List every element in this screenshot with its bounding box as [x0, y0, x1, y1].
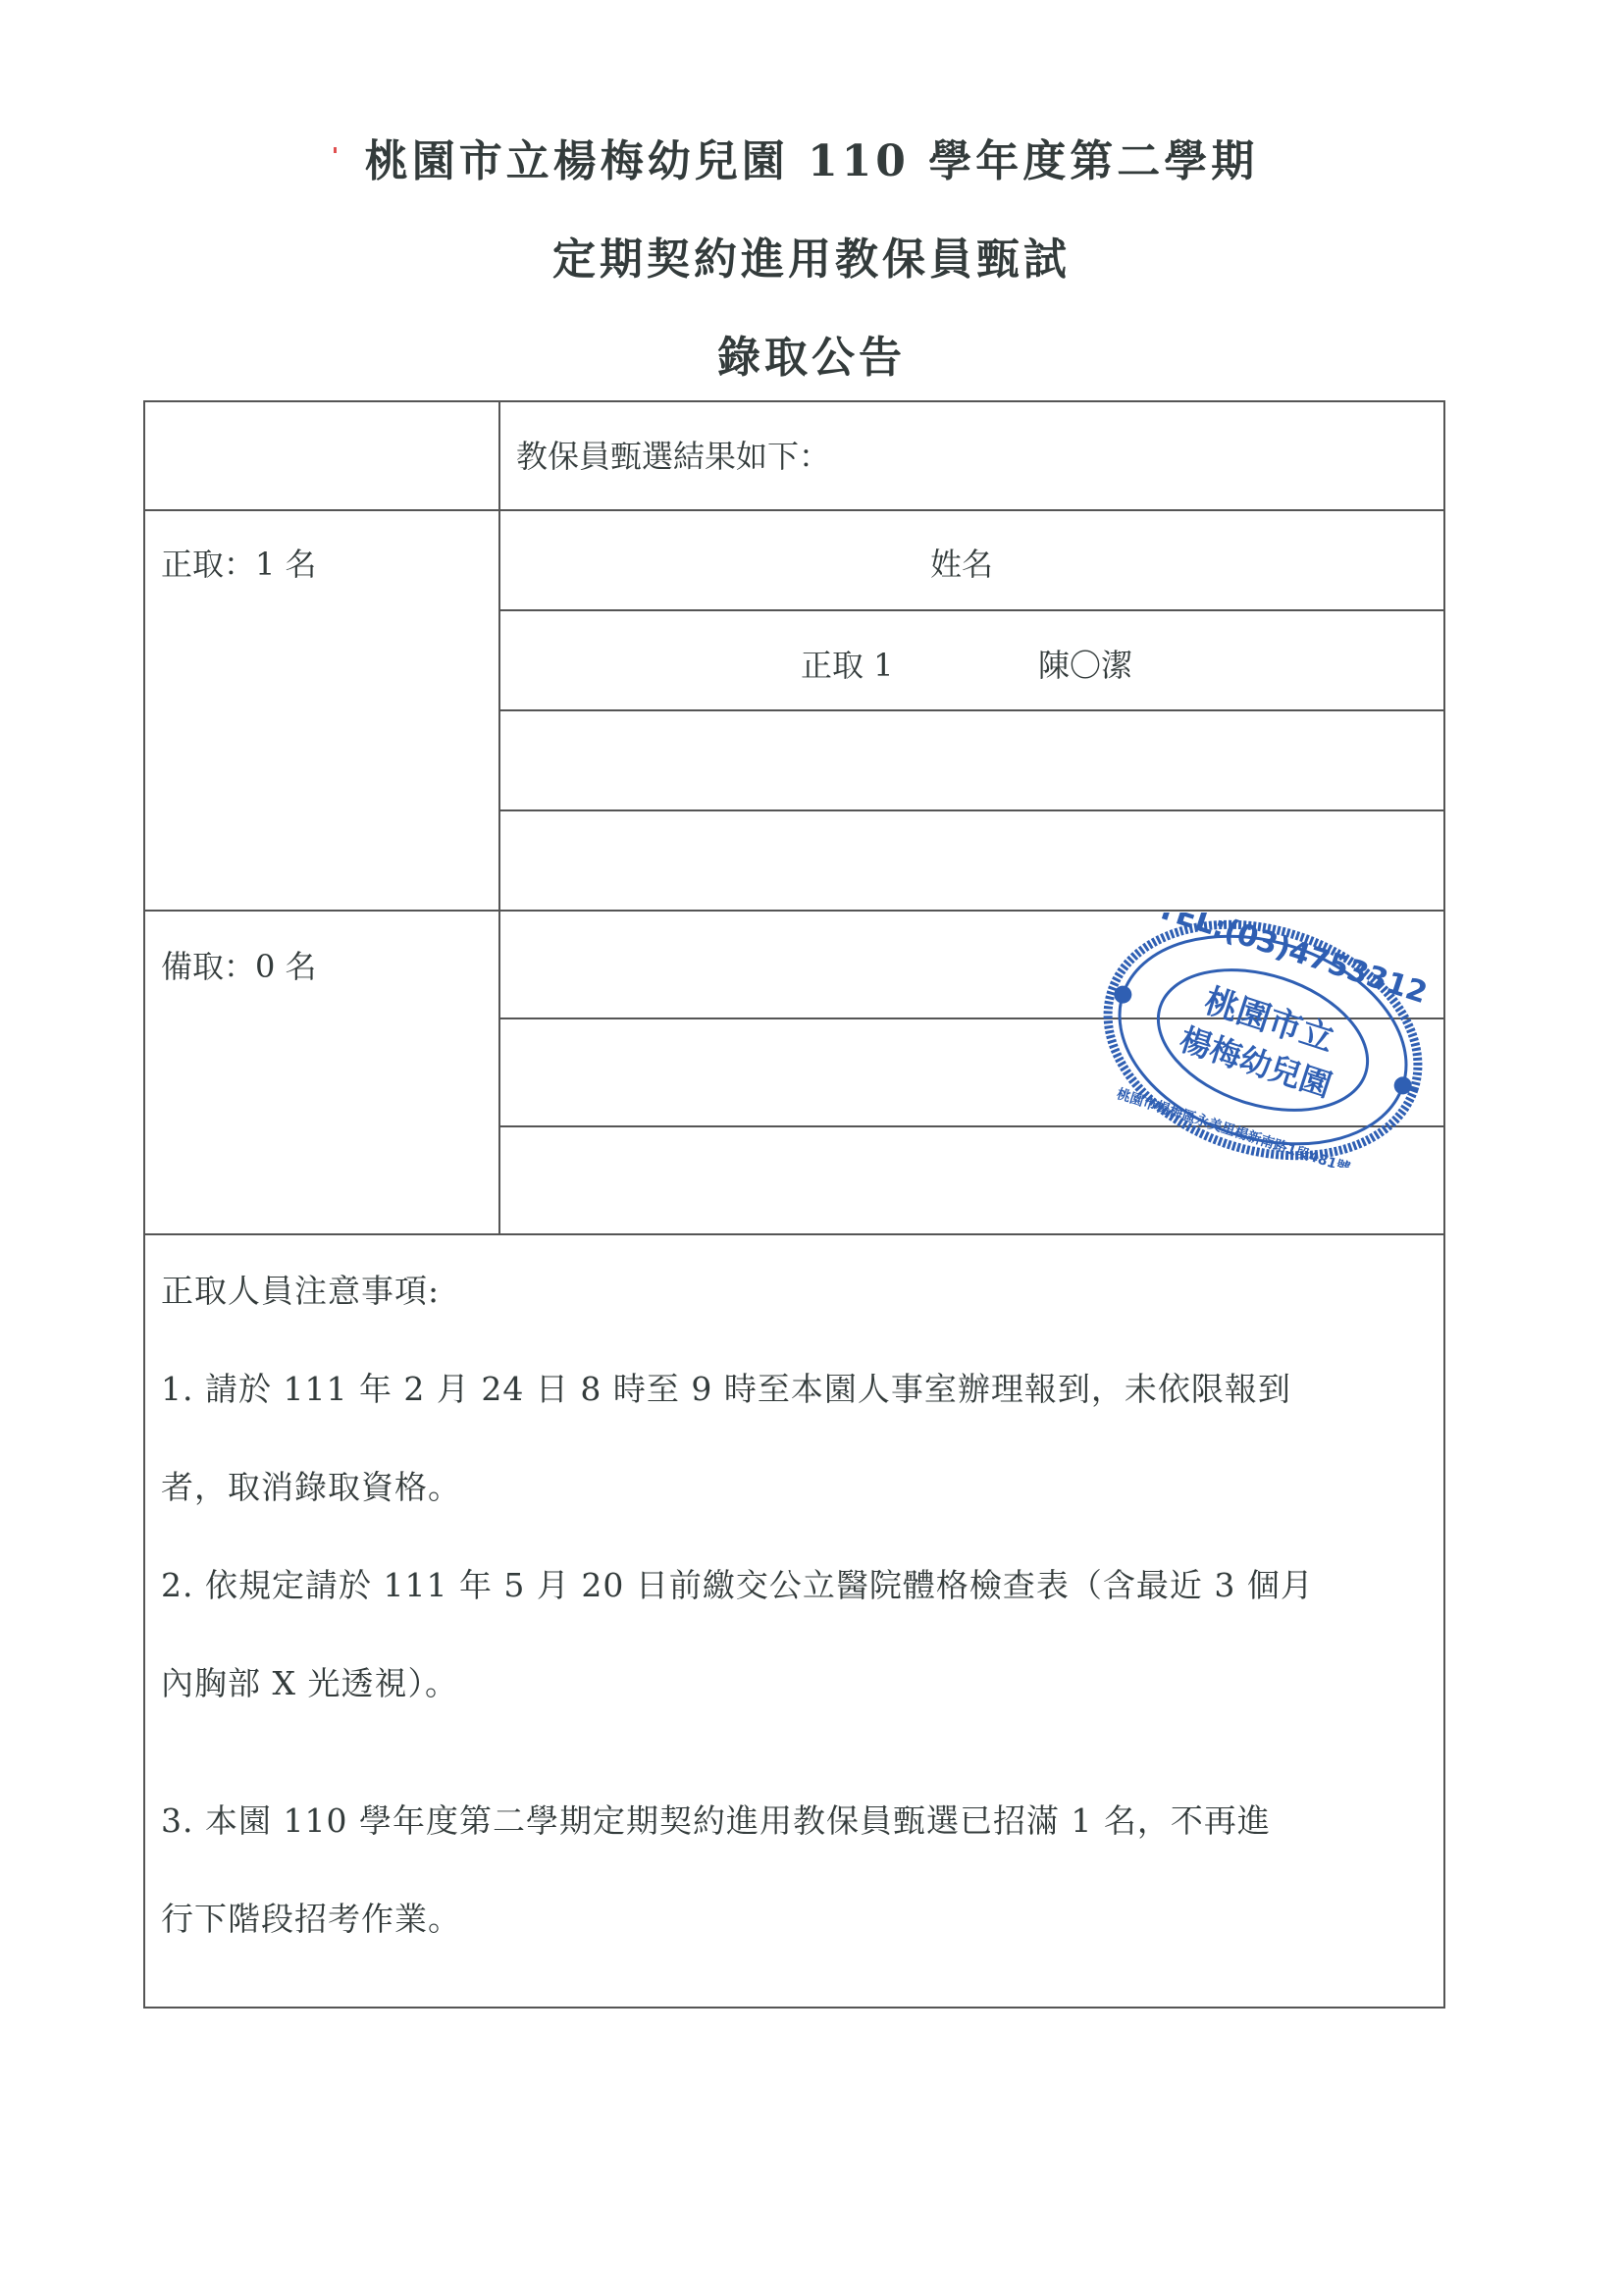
note-1-line-1: 1. 請於 111 年 2 月 24 日 8 時至 9 時至本園人事室辦理報到，… — [161, 1364, 1291, 1410]
row-divider — [145, 910, 1443, 912]
title-line-2: 定期契約進用教保員甄試 — [0, 224, 1623, 287]
admitted-count-label: 正取：1 名 — [161, 540, 317, 585]
note-2-line-1: 2. 依規定請於 111 年 5 月 20 日前繳交公立醫院體格檢查表（含最近 … — [161, 1560, 1314, 1606]
row-divider — [498, 709, 1443, 711]
name-column-header: 姓名 — [930, 540, 993, 585]
note-3-line-2: 行下階段招考作業。 — [161, 1894, 461, 1940]
row-divider — [145, 509, 1443, 511]
seal-tel: TEL:(03)4753312 — [1152, 913, 1431, 1011]
note-2-line-2: 內胸部 X 光透視）。 — [161, 1658, 458, 1704]
official-seal-stamp: 桃園市立 楊梅幼兒園 TEL:(03)4753312 桃園市楊梅區永美里楊新南路… — [1094, 913, 1433, 1168]
results-table: 教保員甄選結果如下： 正取：1 名 姓名 正取 1 陳〇潔 備取：0 名 正取人… — [143, 400, 1445, 2009]
admitted-rank-1: 正取 1 — [801, 641, 894, 686]
column-divider — [498, 402, 500, 1235]
plum-blossom-icon — [1112, 983, 1134, 1006]
row-divider — [145, 1233, 1443, 1235]
note-3-line-1: 3. 本園 110 學年度第二學期定期契約進用教保員甄選已招滿 1 名，不再進 — [161, 1796, 1271, 1842]
admitted-name-1: 陳〇潔 — [1038, 641, 1132, 686]
note-1-line-2: 者，取消錄取資格。 — [161, 1462, 461, 1508]
row-divider — [498, 609, 1443, 611]
row-divider — [498, 809, 1443, 811]
results-intro: 教保員甄選結果如下： — [516, 432, 830, 477]
standby-count-label: 備取：0 名 — [161, 942, 317, 987]
title-line-3: 錄取公告 — [0, 322, 1623, 385]
notes-heading: 正取人員注意事項: — [161, 1266, 440, 1312]
title-line-1: 桃園市立楊梅幼兒園 110 學年度第二學期 — [0, 126, 1623, 188]
